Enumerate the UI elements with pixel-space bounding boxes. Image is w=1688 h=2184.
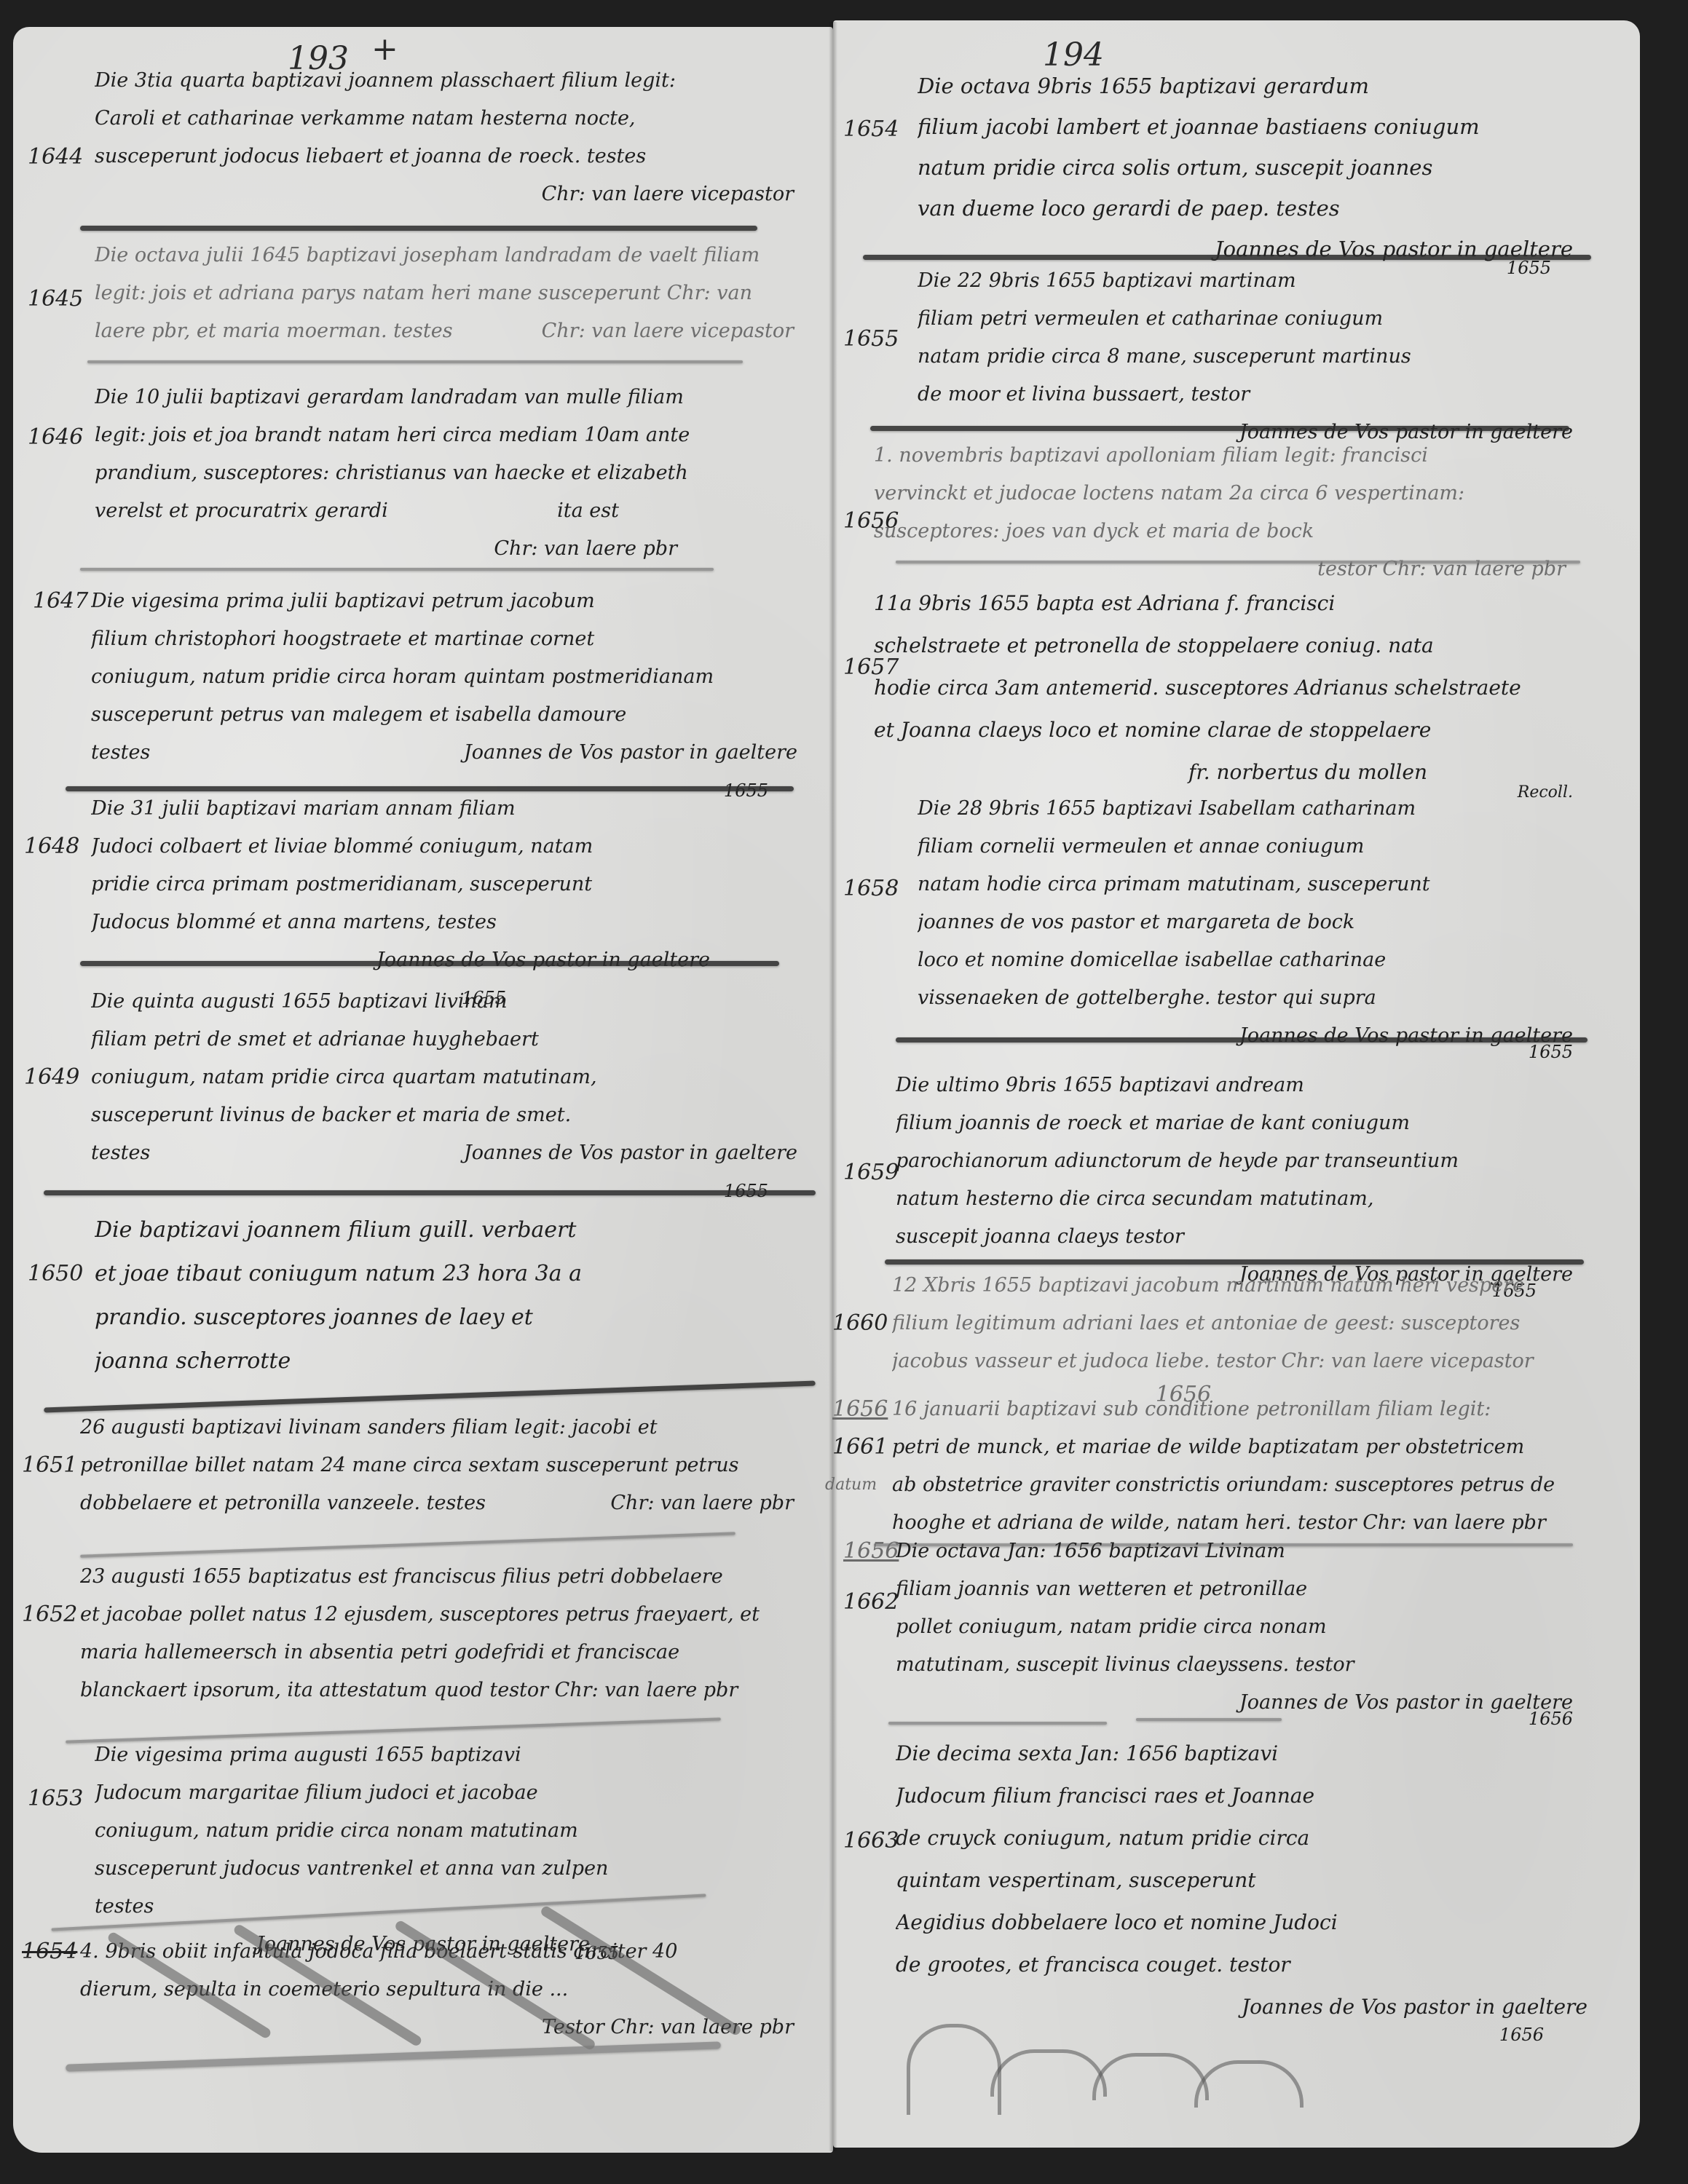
entry-line: Die decima sexta Jan: 1656 baptizavi <box>896 1733 1617 1775</box>
entry-line: parochianorum adiunctorum de heyde par t… <box>896 1142 1617 1180</box>
entry-signature: Joannes de Vos pastor in gaeltere <box>91 734 812 772</box>
entry-line: filium christophori hoogstraete et marti… <box>91 620 812 658</box>
entry-line: Die vigesima prima augusti 1655 baptizav… <box>95 1736 808 1774</box>
register-entry: 1658 Die 28 9bris 1655 baptizavi Isabell… <box>918 790 1617 1071</box>
book-gutter <box>829 22 837 2151</box>
entry-line: susceperunt livinus de backer et maria d… <box>91 1096 812 1134</box>
margin-note: datum <box>825 1466 877 1504</box>
entry-divider <box>885 1259 1584 1265</box>
register-entry: 1650 Die baptizavi joannem filium guill.… <box>95 1208 808 1383</box>
entry-divider <box>80 961 779 966</box>
register-entry: 1663 Die decima sexta Jan: 1656 baptizav… <box>896 1733 1617 2056</box>
entry-divider <box>896 1037 1588 1042</box>
entry-year: 1656 <box>843 502 899 540</box>
register-entry: 1656 1662 Die octava Jan: 1656 baptizavi… <box>896 1532 1617 1738</box>
entry-line: hodie circa 3am antemerid. susceptores A… <box>874 667 1617 709</box>
entry-line: matutinam, suscepit livinus claeyssens. … <box>896 1646 1617 1684</box>
entry-signature: Chr: van laere vicepastor <box>95 175 808 213</box>
register-entry: 1647 Die vigesima prima julii baptizavi … <box>91 582 812 810</box>
register-entry: 1649 Die quinta augusti 1655 baptizavi l… <box>91 983 812 1210</box>
entry-line: Die 22 9bris 1655 baptizavi martinam <box>918 262 1617 300</box>
entry-year: 1644 <box>28 138 83 176</box>
entry-line: Die ultimo 9bris 1655 baptizavi andream <box>896 1067 1617 1104</box>
entry-year: 1650 <box>28 1252 83 1296</box>
entry-line: filiam petri de smet et adrianae huygheb… <box>91 1021 812 1059</box>
entry-divider <box>44 1190 816 1195</box>
entry-line: natam pridie circa 8 mane, susceperunt m… <box>918 338 1617 376</box>
entry-line: pollet coniugum, natam pridie circa nona… <box>896 1608 1617 1646</box>
entry-line: natam hodie circa primam matutinam, susc… <box>918 866 1617 903</box>
entry-line: loco et nomine domicellae isabellae cath… <box>918 941 1617 979</box>
entry-line: petri de munck, et mariae de wilde bapti… <box>892 1428 1620 1466</box>
entry-line: 26 augusti baptizavi livinam sanders fil… <box>80 1409 808 1447</box>
entry-line: filiam petri vermeulen et catharinae con… <box>918 300 1617 338</box>
margin-year: 1656 <box>843 1532 899 1570</box>
entry-year: 1652 <box>22 1596 77 1634</box>
entry-divider <box>80 226 757 231</box>
entry-year: 1655 <box>843 320 899 358</box>
entry-line: vissenaeken de gottelberghe. testor qui … <box>918 979 1617 1017</box>
entry-line: vervinckt et judocae loctens natam 2a ci… <box>874 475 1617 513</box>
entry-line: filiam cornelii vermeulen et annae coniu… <box>918 828 1617 866</box>
entry-divider <box>80 568 714 571</box>
entry-signature: Joannes de Vos pastor in gaeltere <box>91 1134 812 1172</box>
register-entry: 1646 Die 10 julii baptizavi gerardam lan… <box>95 379 808 568</box>
entry-line: coniugum, natam pridie circa quartam mat… <box>91 1059 812 1096</box>
entry-year: 1653 <box>28 1780 83 1818</box>
entry-signature: Joannes de Vos pastor in gaeltere <box>91 941 812 979</box>
entry-line: filium joannis de roeck et mariae de kan… <box>896 1104 1617 1142</box>
entry-line: natum hesterno die circa secundam matuti… <box>896 1180 1617 1218</box>
entry-year: 1647 <box>33 582 88 620</box>
entry-year: 1648 <box>24 828 79 866</box>
entry-line: pridie circa primam postmeridianam, susc… <box>91 866 812 903</box>
entry-year: 1658 <box>843 870 899 908</box>
entry-line: natum pridie circa solis ortum, suscepit… <box>918 147 1617 188</box>
entry-line: joanna scherrotte <box>95 1340 808 1383</box>
entry-line: coniugum, natum pridie circa nonam matut… <box>95 1812 808 1850</box>
entry-line: 1. novembris baptizavi apolloniam filiam… <box>874 437 1617 475</box>
entry-year: 1654 <box>22 1933 77 1971</box>
entry-line: jacobus vasseur et judoca liebe. testor … <box>892 1342 1620 1380</box>
closing-flourish <box>907 2024 1001 2115</box>
register-entry: 1651 26 augusti baptizavi livinam sander… <box>80 1409 808 1522</box>
register-entry: 1655 Die 22 9bris 1655 baptizavi martina… <box>918 262 1617 451</box>
entry-line: de grootes, et francisca couget. testor <box>896 1944 1617 1986</box>
entry-line: de cruyck coniugum, natum pridie circa <box>896 1817 1617 1859</box>
entry-divider <box>87 360 743 363</box>
entry-line: susceperunt judocus vantrenkel et anna v… <box>95 1850 808 1888</box>
entry-signature: Testor Chr: van laere pbr <box>80 2009 808 2046</box>
entry-line: legit: jois et adriana parys natam heri … <box>95 274 808 312</box>
register-entry: 1656 1. novembris baptizavi apolloniam f… <box>874 437 1617 588</box>
entry-line: maria hallemeersch in absentia petri god… <box>80 1634 808 1671</box>
entry-line: prandium, susceptores: christianus van h… <box>95 454 808 492</box>
entry-line: Judocum filium francisci raes et Joannae <box>896 1775 1617 1817</box>
entry-divider <box>1136 1718 1282 1721</box>
entry-divider <box>863 255 1591 260</box>
entry-line: et joae tibaut coniugum natum 23 hora 3a… <box>95 1252 808 1296</box>
entry-line: Die baptizavi joannem filium guill. verb… <box>95 1208 808 1252</box>
entry-year: 1654 <box>843 109 899 150</box>
entry-line: quintam vespertinam, susceperunt <box>896 1859 1617 1902</box>
entry-line: et jacobae pollet natus 12 ejusdem, susc… <box>80 1596 808 1634</box>
register-entry: 1656 1661 datum 16 januarii baptizavi su… <box>892 1390 1620 1542</box>
entry-line: Die quinta augusti 1655 baptizavi livina… <box>91 983 812 1021</box>
entry-line: Judoci colbaert et liviae blommé coniugu… <box>91 828 812 866</box>
entry-line: filium jacobi lambert et joannae bastiae… <box>918 106 1617 147</box>
entry-year: 1645 <box>28 280 83 318</box>
entry-line: Die vigesima prima julii baptizavi petru… <box>91 582 812 620</box>
entry-year: 1659 <box>843 1154 899 1192</box>
entry-line: legit: jois et joa brandt natam heri cir… <box>95 416 808 454</box>
entry-year: 1661 <box>832 1428 888 1466</box>
entry-signature: Chr: van laere pbr <box>95 530 808 568</box>
entry-divider <box>870 426 1569 431</box>
entry-line: Die octava Jan: 1656 baptizavi Livinam <box>896 1532 1617 1570</box>
entry-year: 1662 <box>843 1583 899 1621</box>
entry-year: 1657 <box>843 646 899 689</box>
entry-line: 12 Xbris 1655 baptizavi jacobum martinum… <box>892 1267 1620 1305</box>
entry-line: suscepit joanna claeys testor <box>896 1218 1617 1256</box>
entry-line: Die octava julii 1645 baptizavi josepham… <box>95 237 808 274</box>
entry-line: Judocum margaritae filium judoci et jaco… <box>95 1774 808 1812</box>
entry-line: Judocus blommé et anna martens, testes <box>91 903 812 941</box>
entry-line: Aegidius dobbelaere loco et nomine Judoc… <box>896 1902 1617 1944</box>
entry-line: et Joanna claeys loco et nomine clarae d… <box>874 709 1617 751</box>
register-entry: 1645 Die octava julii 1645 baptizavi jos… <box>95 237 808 350</box>
entry-line: ab obstetrice graviter constrictis oriun… <box>892 1466 1620 1504</box>
register-entry: 1652 23 augusti 1655 baptizatus est fran… <box>80 1558 808 1709</box>
entry-line: prandio. susceptores joannes de laey et <box>95 1296 808 1340</box>
entry-line: schelstraete et petronella de stoppelaer… <box>874 625 1617 667</box>
entry-line: 11a 9bris 1655 bapta est Adriana f. fran… <box>874 582 1617 625</box>
register-entry: 1660 12 Xbris 1655 baptizavi jacobum mar… <box>892 1267 1620 1409</box>
entry-line: susceptores: joes van dyck et maria de b… <box>874 513 1617 550</box>
entry-year: 1649 <box>24 1059 79 1096</box>
entry-divider <box>896 561 1580 563</box>
entry-line: Die 31 julii baptizavi mariam annam fili… <box>91 790 812 828</box>
margin-year: 1656 <box>832 1390 888 1428</box>
entry-line: 23 augusti 1655 baptizatus est franciscu… <box>80 1558 808 1596</box>
entry-line: van dueme loco gerardi de paep. testes <box>918 188 1617 229</box>
register-entry: 1657 11a 9bris 1655 bapta est Adriana f.… <box>874 582 1617 814</box>
entry-line: Die 28 9bris 1655 baptizavi Isabellam ca… <box>918 790 1617 828</box>
entry-line: de moor et livina bussaert, testor <box>918 376 1617 414</box>
entry-line: filium legitimum adriani laes et antonia… <box>892 1305 1620 1342</box>
entry-year: 1663 <box>843 1820 899 1862</box>
entry-line: Die 3tia quarta baptizavi joannem plassc… <box>95 62 808 100</box>
entry-line: blanckaert ipsorum, ita attestatum quod … <box>80 1671 808 1709</box>
entry-year: 1646 <box>28 419 83 456</box>
entry-year: 1651 <box>22 1447 77 1484</box>
entry-line: 16 januarii baptizavi sub conditione pet… <box>892 1390 1620 1428</box>
entry-line: Die 10 julii baptizavi gerardam landrada… <box>95 379 808 416</box>
entry-line: Die octava 9bris 1655 baptizavi gerardum <box>918 66 1617 106</box>
register-entry: 1644 Die 3tia quarta baptizavi joannem p… <box>95 62 808 213</box>
entry-year: 1660 <box>832 1305 888 1342</box>
entry-line: joannes de vos pastor et margareta de bo… <box>918 903 1617 941</box>
entry-line: Caroli et catharinae verkamme natam hest… <box>95 100 808 138</box>
entry-line: susceperunt petrus van malegem et isabel… <box>91 696 812 734</box>
entry-line: susceperunt jodocus liebaert et joanna d… <box>95 138 808 175</box>
entry-line: coniugum, natum pridie circa horam quint… <box>91 658 812 696</box>
entry-line: filiam joannis van wetteren et petronill… <box>896 1570 1617 1608</box>
entry-divider <box>888 1722 1107 1725</box>
entry-line: petronillae billet natam 24 mane circa s… <box>80 1447 808 1484</box>
